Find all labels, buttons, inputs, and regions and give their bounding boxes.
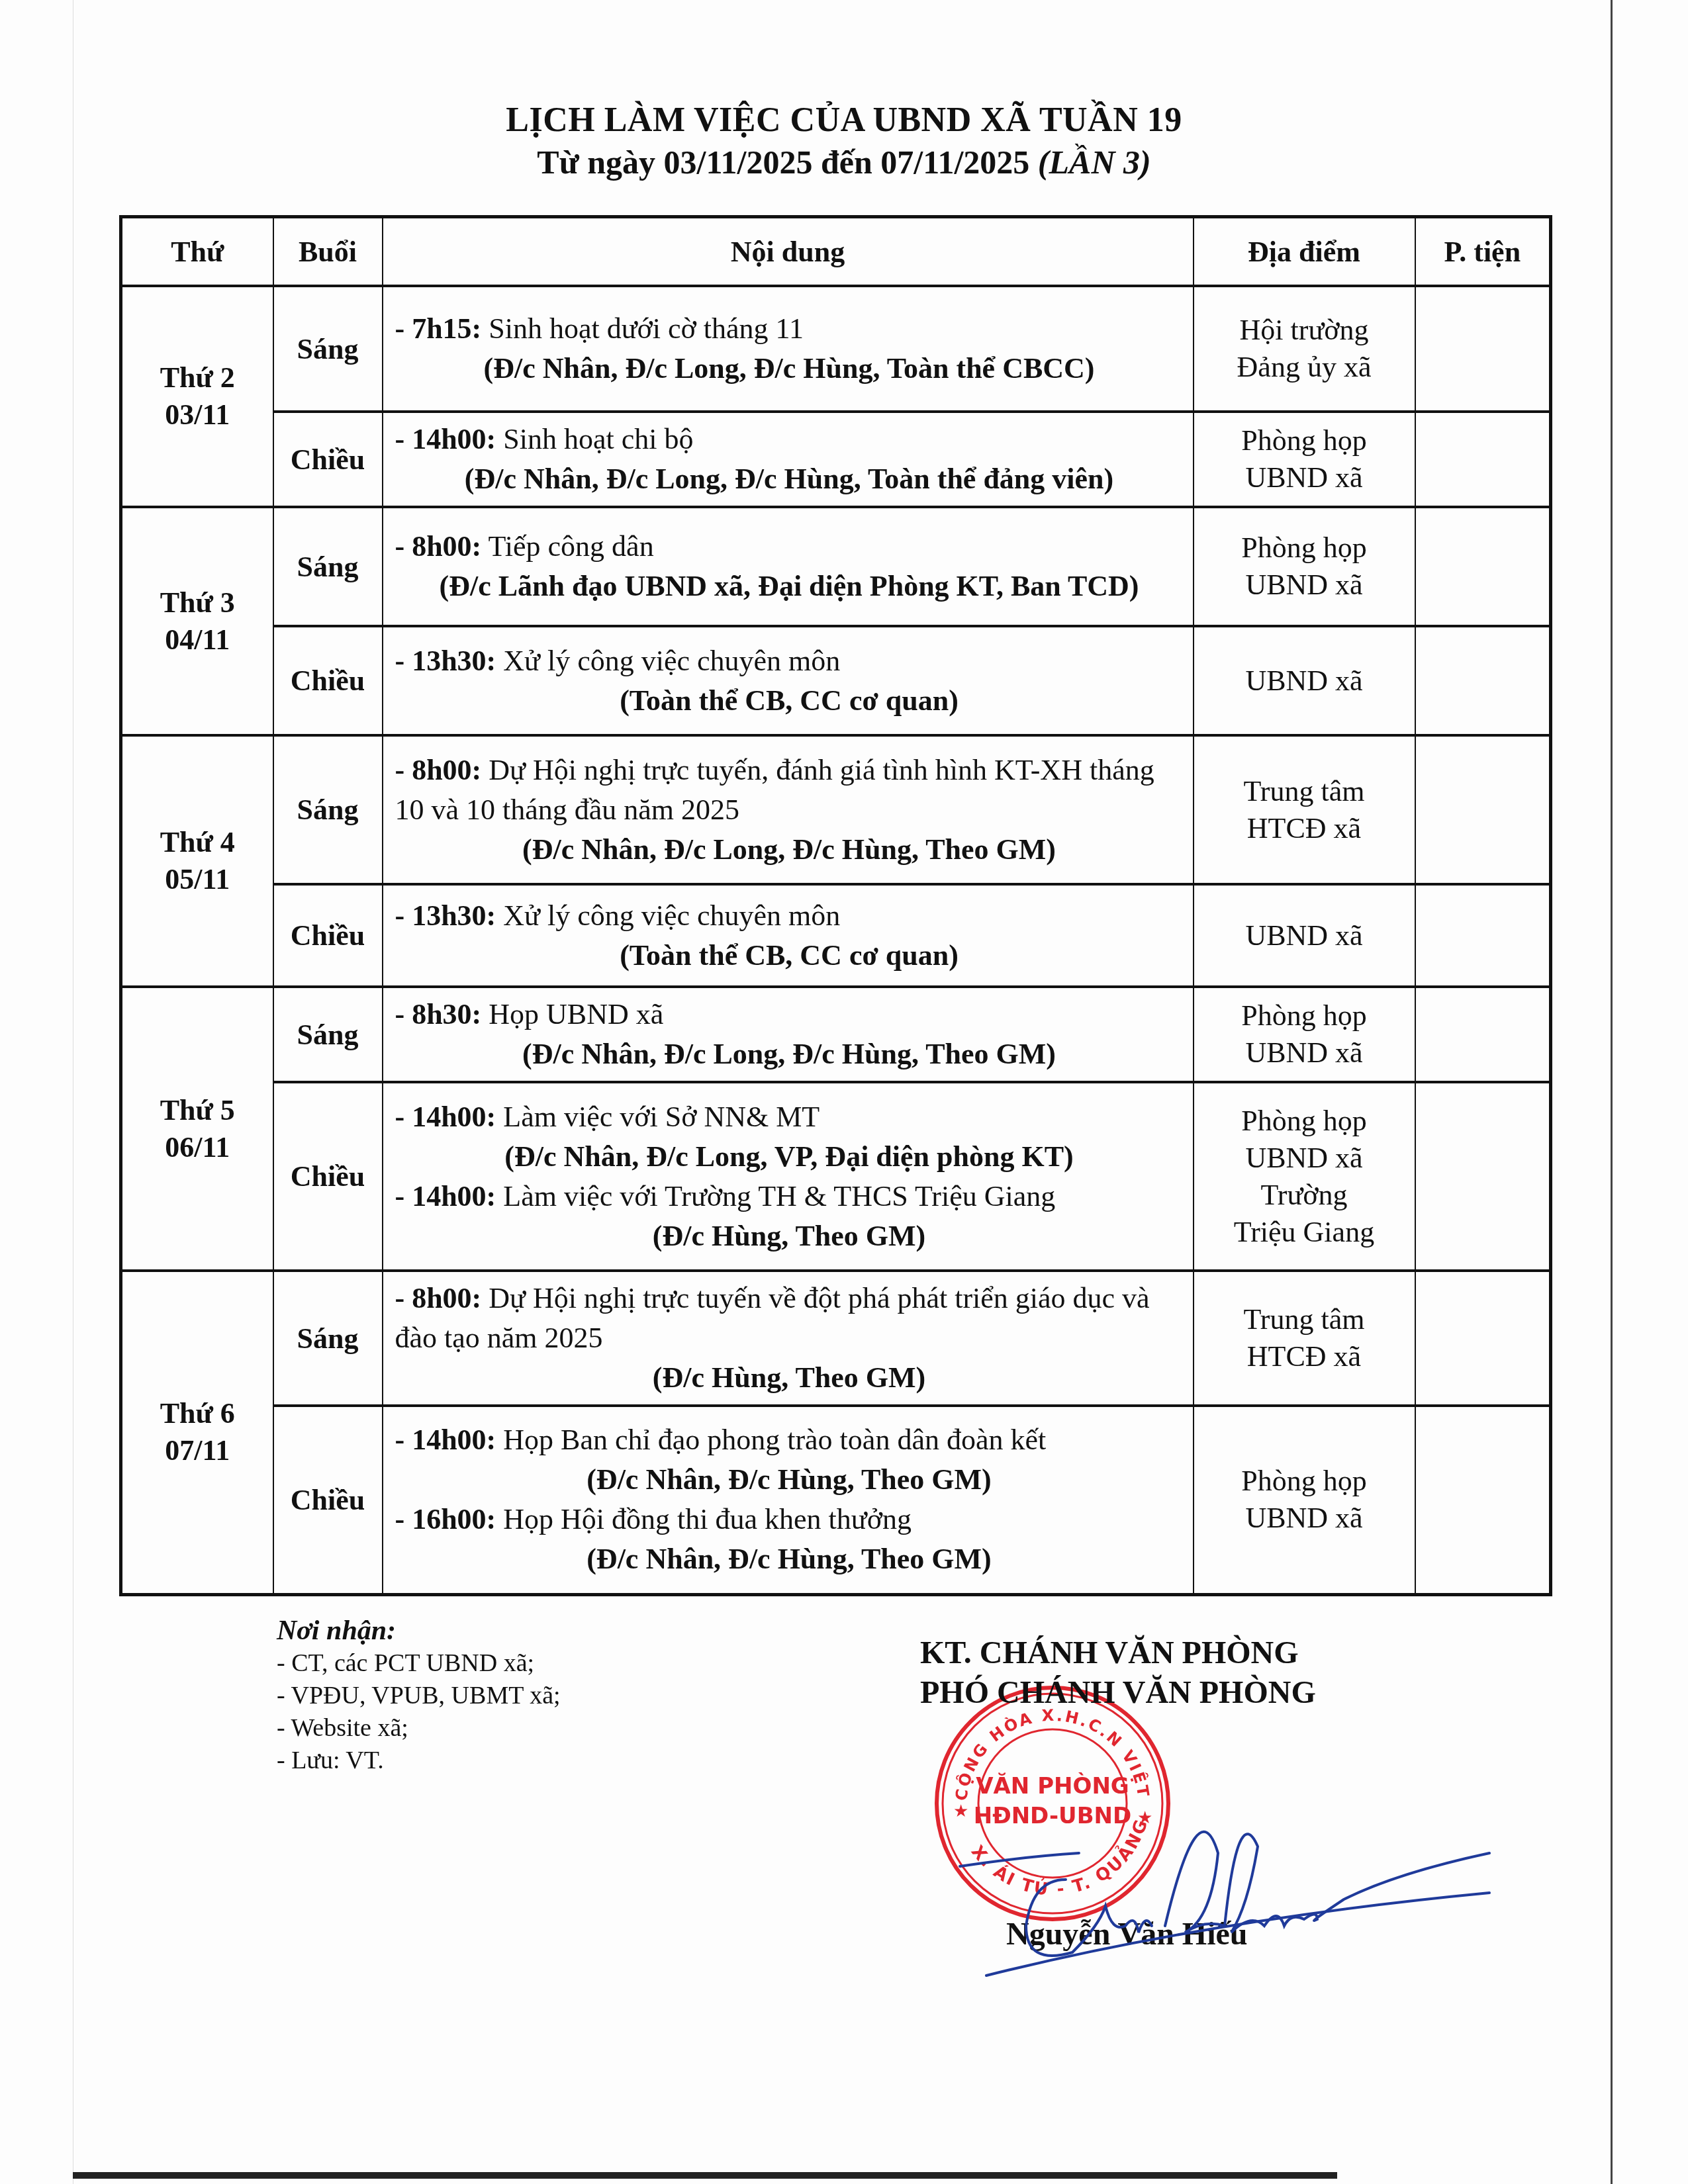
agenda-attendees: (Đ/c Lãnh đạo UBND xã, Đại diện Phòng KT… xyxy=(395,567,1184,606)
vehicle-cell xyxy=(1415,1271,1551,1406)
location-line: Phòng họp xyxy=(1241,1105,1366,1137)
location-line: UBND xã xyxy=(1245,1142,1362,1174)
recipient-item: - VPĐU, VPUB, UBMT xã; xyxy=(277,1680,561,1712)
content-cell: - 8h30: Họp UBND xã(Đ/c Nhân, Đ/c Long, … xyxy=(383,987,1194,1082)
content-cell: - 13h30: Xử lý công việc chuyên môn(Toàn… xyxy=(383,626,1194,735)
day-name: Thứ 4 xyxy=(160,826,235,858)
day-date: 06/11 xyxy=(165,1131,230,1163)
svg-text:★: ★ xyxy=(1137,1808,1152,1828)
column-header: Thứ xyxy=(121,217,273,287)
day-date: 03/11 xyxy=(165,398,230,431)
column-header: Buổi xyxy=(273,217,383,287)
session-cell: Chiều xyxy=(273,884,383,987)
session-cell: Chiều xyxy=(273,1082,383,1271)
agenda-time: - 8h00: xyxy=(395,1282,482,1314)
vehicle-cell xyxy=(1415,987,1551,1082)
agenda-time: - 14h00: xyxy=(395,1180,496,1212)
recipient-item: - Website xã; xyxy=(277,1712,561,1745)
content-cell: - 13h30: Xử lý công việc chuyên môn(Toàn… xyxy=(383,884,1194,987)
agenda-attendees: (Đ/c Nhân, Đ/c Long, Đ/c Hùng, Theo GM) xyxy=(395,1034,1184,1074)
location-cell: Phòng họpUBND xã xyxy=(1194,507,1415,626)
session-cell: Sáng xyxy=(273,735,383,884)
day-date: 07/11 xyxy=(165,1434,230,1467)
svg-text:VĂN PHÒNG: VĂN PHÒNG xyxy=(976,1772,1129,1799)
recipients-block: Nơi nhận: - CT, các PCT UBND xã;- VPĐU, … xyxy=(277,1615,561,1777)
table-row: Chiều- 14h00: Họp Ban chỉ đạo phong trào… xyxy=(121,1406,1551,1594)
agenda-item: - 8h00: Dự Hội nghị trực tuyến về đột ph… xyxy=(395,1279,1184,1358)
session-cell: Sáng xyxy=(273,507,383,626)
agenda-attendees: (Đ/c Nhân, Đ/c Long, Đ/c Hùng, Theo GM) xyxy=(395,830,1184,870)
day-cell: Thứ 607/11 xyxy=(121,1271,273,1594)
title-line-1: LỊCH LÀM VIỆC CỦA UBND XÃ TUẦN 19 xyxy=(0,99,1688,142)
location-cell: Phòng họpUBND xãTrườngTriệu Giang xyxy=(1194,1082,1415,1271)
title-line-2: Từ ngày 03/11/2025 đến 07/11/2025 (LẦN 3… xyxy=(0,142,1688,183)
location-cell: UBND xã xyxy=(1194,884,1415,987)
agenda-time: - 13h30: xyxy=(395,899,496,932)
agenda-text: Họp Hội đồng thi đua khen thưởng xyxy=(496,1503,912,1535)
location-line: UBND xã xyxy=(1245,919,1362,952)
content-cell: - 7h15: Sinh hoạt dưới cờ tháng 11(Đ/c N… xyxy=(383,286,1194,412)
location-line: UBND xã xyxy=(1245,461,1362,494)
signature-block: KT. CHÁNH VĂN PHÒNG PHÓ CHÁNH VĂN PHÒNG xyxy=(920,1633,1516,1713)
day-cell: Thứ 405/11 xyxy=(121,735,273,987)
location-line: Hội trường xyxy=(1240,314,1369,346)
agenda-item: - 16h00: Họp Hội đồng thi đua khen thưởn… xyxy=(395,1500,1184,1539)
table-row: Thứ 203/11Sáng- 7h15: Sinh hoạt dưới cờ … xyxy=(121,286,1551,412)
location-line: UBND xã xyxy=(1245,569,1362,601)
agenda-attendees: (Đ/c Hùng, Theo GM) xyxy=(395,1216,1184,1256)
location-cell: Hội trườngĐảng ủy xã xyxy=(1194,286,1415,412)
content-cell: - 8h00: Dự Hội nghị trực tuyến về đột ph… xyxy=(383,1271,1194,1406)
agenda-attendees: (Toàn thể CB, CC cơ quan) xyxy=(395,681,1184,721)
vehicle-cell xyxy=(1415,884,1551,987)
location-line: Đảng ủy xã xyxy=(1237,351,1372,383)
agenda-item: - 14h00: Làm việc với Trường TH & THCS T… xyxy=(395,1177,1184,1216)
date-range: Từ ngày 03/11/2025 đến 07/11/2025 xyxy=(537,144,1038,181)
scan-edge-left xyxy=(73,0,73,2184)
location-cell: Trung tâmHTCĐ xã xyxy=(1194,1271,1415,1406)
scan-edge-right xyxy=(1611,0,1613,2184)
table-row: Thứ 304/11Sáng- 8h00: Tiếp công dân(Đ/c … xyxy=(121,507,1551,626)
scan-edge-bottom xyxy=(73,2172,1337,2179)
day-name: Thứ 6 xyxy=(160,1397,235,1430)
agenda-text: Tiếp công dân xyxy=(481,530,653,563)
location-line: Phòng họp xyxy=(1241,531,1366,564)
agenda-text: Dự Hội nghị trực tuyến, đánh giá tình hì… xyxy=(395,754,1154,826)
content-cell: - 14h00: Làm việc với Sở NN& MT(Đ/c Nhân… xyxy=(383,1082,1194,1271)
agenda-item: - 8h30: Họp UBND xã xyxy=(395,995,1184,1034)
content-cell: - 8h00: Dự Hội nghị trực tuyến, đánh giá… xyxy=(383,735,1194,884)
content-cell: - 8h00: Tiếp công dân(Đ/c Lãnh đạo UBND … xyxy=(383,507,1194,626)
location-line: Trung tâm xyxy=(1244,1303,1365,1336)
agenda-attendees: (Đ/c Nhân, Đ/c Long, Đ/c Hùng, Toàn thể … xyxy=(395,349,1184,388)
agenda-attendees: (Đ/c Nhân, Đ/c Long, Đ/c Hùng, Toàn thể … xyxy=(395,459,1184,499)
agenda-time: - 13h30: xyxy=(395,645,496,677)
day-name: Thứ 2 xyxy=(160,361,235,394)
session-cell: Chiều xyxy=(273,626,383,735)
agenda-item: - 13h30: Xử lý công việc chuyên môn xyxy=(395,641,1184,681)
content-cell: - 14h00: Sinh hoạt chi bộ(Đ/c Nhân, Đ/c … xyxy=(383,412,1194,507)
day-date: 05/11 xyxy=(165,863,230,895)
vehicle-cell xyxy=(1415,735,1551,884)
agenda-text: Xử lý công việc chuyên môn xyxy=(496,645,840,677)
agenda-item: - 14h00: Họp Ban chỉ đạo phong trào toàn… xyxy=(395,1420,1184,1460)
location-line: UBND xã xyxy=(1245,664,1362,697)
agenda-text: Họp UBND xã xyxy=(481,998,663,1030)
table-row: Chiều- 14h00: Làm việc với Sở NN& MT(Đ/c… xyxy=(121,1082,1551,1271)
agenda-text: Sinh hoạt chi bộ xyxy=(496,423,693,455)
agenda-attendees: (Đ/c Hùng, Theo GM) xyxy=(395,1358,1184,1398)
agenda-time: - 14h00: xyxy=(395,1101,496,1133)
location-line: Trường xyxy=(1260,1179,1347,1211)
location-line: HTCĐ xã xyxy=(1247,812,1361,844)
location-line: UBND xã xyxy=(1245,1502,1362,1534)
agenda-text: Xử lý công việc chuyên môn xyxy=(496,899,840,932)
day-cell: Thứ 203/11 xyxy=(121,286,273,507)
day-cell: Thứ 304/11 xyxy=(121,507,273,735)
location-cell: Phòng họpUBND xã xyxy=(1194,412,1415,507)
session-cell: Chiều xyxy=(273,1406,383,1594)
agenda-item: - 7h15: Sinh hoạt dưới cờ tháng 11 xyxy=(395,309,1184,349)
day-name: Thứ 5 xyxy=(160,1094,235,1126)
agenda-time: - 16h00: xyxy=(395,1503,496,1535)
table-row: Thứ 607/11Sáng- 8h00: Dự Hội nghị trực t… xyxy=(121,1271,1551,1406)
agenda-time: - 14h00: xyxy=(395,423,496,455)
schedule-table: ThứBuổiNội dungĐịa điểmP. tiện Thứ 203/1… xyxy=(119,215,1552,1596)
table-header-row: ThứBuổiNội dungĐịa điểmP. tiện xyxy=(121,217,1551,287)
column-header: Nội dung xyxy=(383,217,1194,287)
table-row: Chiều- 13h30: Xử lý công việc chuyên môn… xyxy=(121,626,1551,735)
agenda-time: - 14h00: xyxy=(395,1424,496,1456)
day-date: 04/11 xyxy=(165,623,230,656)
recipient-item: - CT, các PCT UBND xã; xyxy=(277,1647,561,1680)
handwritten-signature-icon xyxy=(947,1827,1516,1985)
location-line: UBND xã xyxy=(1245,1036,1362,1069)
agenda-item: - 8h00: Dự Hội nghị trực tuyến, đánh giá… xyxy=(395,751,1184,830)
content-cell: - 14h00: Họp Ban chỉ đạo phong trào toàn… xyxy=(383,1406,1194,1594)
session-cell: Sáng xyxy=(273,1271,383,1406)
revision-label: (LẦN 3) xyxy=(1038,144,1151,181)
location-line: Trung tâm xyxy=(1244,775,1365,807)
location-cell: Phòng họpUBND xã xyxy=(1194,987,1415,1082)
session-cell: Sáng xyxy=(273,286,383,412)
document-title: LỊCH LÀM VIỆC CỦA UBND XÃ TUẦN 19 Từ ngà… xyxy=(0,99,1688,183)
column-header: P. tiện xyxy=(1415,217,1551,287)
agenda-attendees: (Đ/c Nhân, Đ/c Long, VP, Đại diện phòng … xyxy=(395,1137,1184,1177)
agenda-item: - 8h00: Tiếp công dân xyxy=(395,527,1184,567)
table-row: Thứ 405/11Sáng- 8h00: Dự Hội nghị trực t… xyxy=(121,735,1551,884)
day-name: Thứ 3 xyxy=(160,586,235,619)
table-row: Chiều- 13h30: Xử lý công việc chuyên môn… xyxy=(121,884,1551,987)
recipient-item: - Lưu: VT. xyxy=(277,1745,561,1777)
vehicle-cell xyxy=(1415,286,1551,412)
session-cell: Sáng xyxy=(273,987,383,1082)
agenda-attendees: (Đ/c Nhân, Đ/c Hùng, Theo GM) xyxy=(395,1539,1184,1579)
agenda-item: - 13h30: Xử lý công việc chuyên môn xyxy=(395,896,1184,936)
agenda-time: - 7h15: xyxy=(395,312,482,345)
agenda-text: Làm việc với Sở NN& MT xyxy=(496,1101,820,1133)
svg-text:★: ★ xyxy=(953,1801,968,1821)
vehicle-cell xyxy=(1415,507,1551,626)
agenda-text: Dự Hội nghị trực tuyến về đột phá phát t… xyxy=(395,1282,1150,1354)
location-line: Phòng họp xyxy=(1241,1465,1366,1497)
agenda-text: Làm việc với Trường TH & THCS Triệu Gian… xyxy=(496,1180,1055,1212)
location-cell: UBND xã xyxy=(1194,626,1415,735)
recipients-header: Nơi nhận: xyxy=(277,1615,561,1647)
vehicle-cell xyxy=(1415,1082,1551,1271)
agenda-attendees: (Đ/c Nhân, Đ/c Hùng, Theo GM) xyxy=(395,1460,1184,1500)
vehicle-cell xyxy=(1415,412,1551,507)
location-line: Triệu Giang xyxy=(1234,1216,1374,1248)
day-cell: Thứ 506/11 xyxy=(121,987,273,1271)
vehicle-cell xyxy=(1415,626,1551,735)
agenda-item: - 14h00: Sinh hoạt chi bộ xyxy=(395,420,1184,459)
agenda-attendees: (Toàn thể CB, CC cơ quan) xyxy=(395,936,1184,976)
location-cell: Phòng họpUBND xã xyxy=(1194,1406,1415,1594)
location-line: Phòng họp xyxy=(1241,424,1366,457)
vehicle-cell xyxy=(1415,1406,1551,1594)
agenda-time: - 8h30: xyxy=(395,998,482,1030)
location-cell: Trung tâmHTCĐ xã xyxy=(1194,735,1415,884)
agenda-text: Sinh hoạt dưới cờ tháng 11 xyxy=(481,312,804,345)
table-row: Thứ 506/11Sáng- 8h30: Họp UBND xã(Đ/c Nh… xyxy=(121,987,1551,1082)
column-header: Địa điểm xyxy=(1194,217,1415,287)
signatory-title-2: PHÓ CHÁNH VĂN PHÒNG xyxy=(920,1673,1516,1713)
agenda-time: - 8h00: xyxy=(395,754,482,786)
table-row: Chiều- 14h00: Sinh hoạt chi bộ(Đ/c Nhân,… xyxy=(121,412,1551,507)
agenda-text: Họp Ban chỉ đạo phong trào toàn dân đoàn… xyxy=(496,1424,1046,1456)
session-cell: Chiều xyxy=(273,412,383,507)
signatory-title-1: KT. CHÁNH VĂN PHÒNG xyxy=(920,1633,1516,1673)
location-line: Phòng họp xyxy=(1241,999,1366,1032)
svg-text:HĐND-UBND: HĐND-UBND xyxy=(974,1803,1132,1829)
agenda-item: - 14h00: Làm việc với Sở NN& MT xyxy=(395,1097,1184,1137)
location-line: HTCĐ xã xyxy=(1247,1340,1361,1373)
agenda-time: - 8h00: xyxy=(395,530,482,563)
